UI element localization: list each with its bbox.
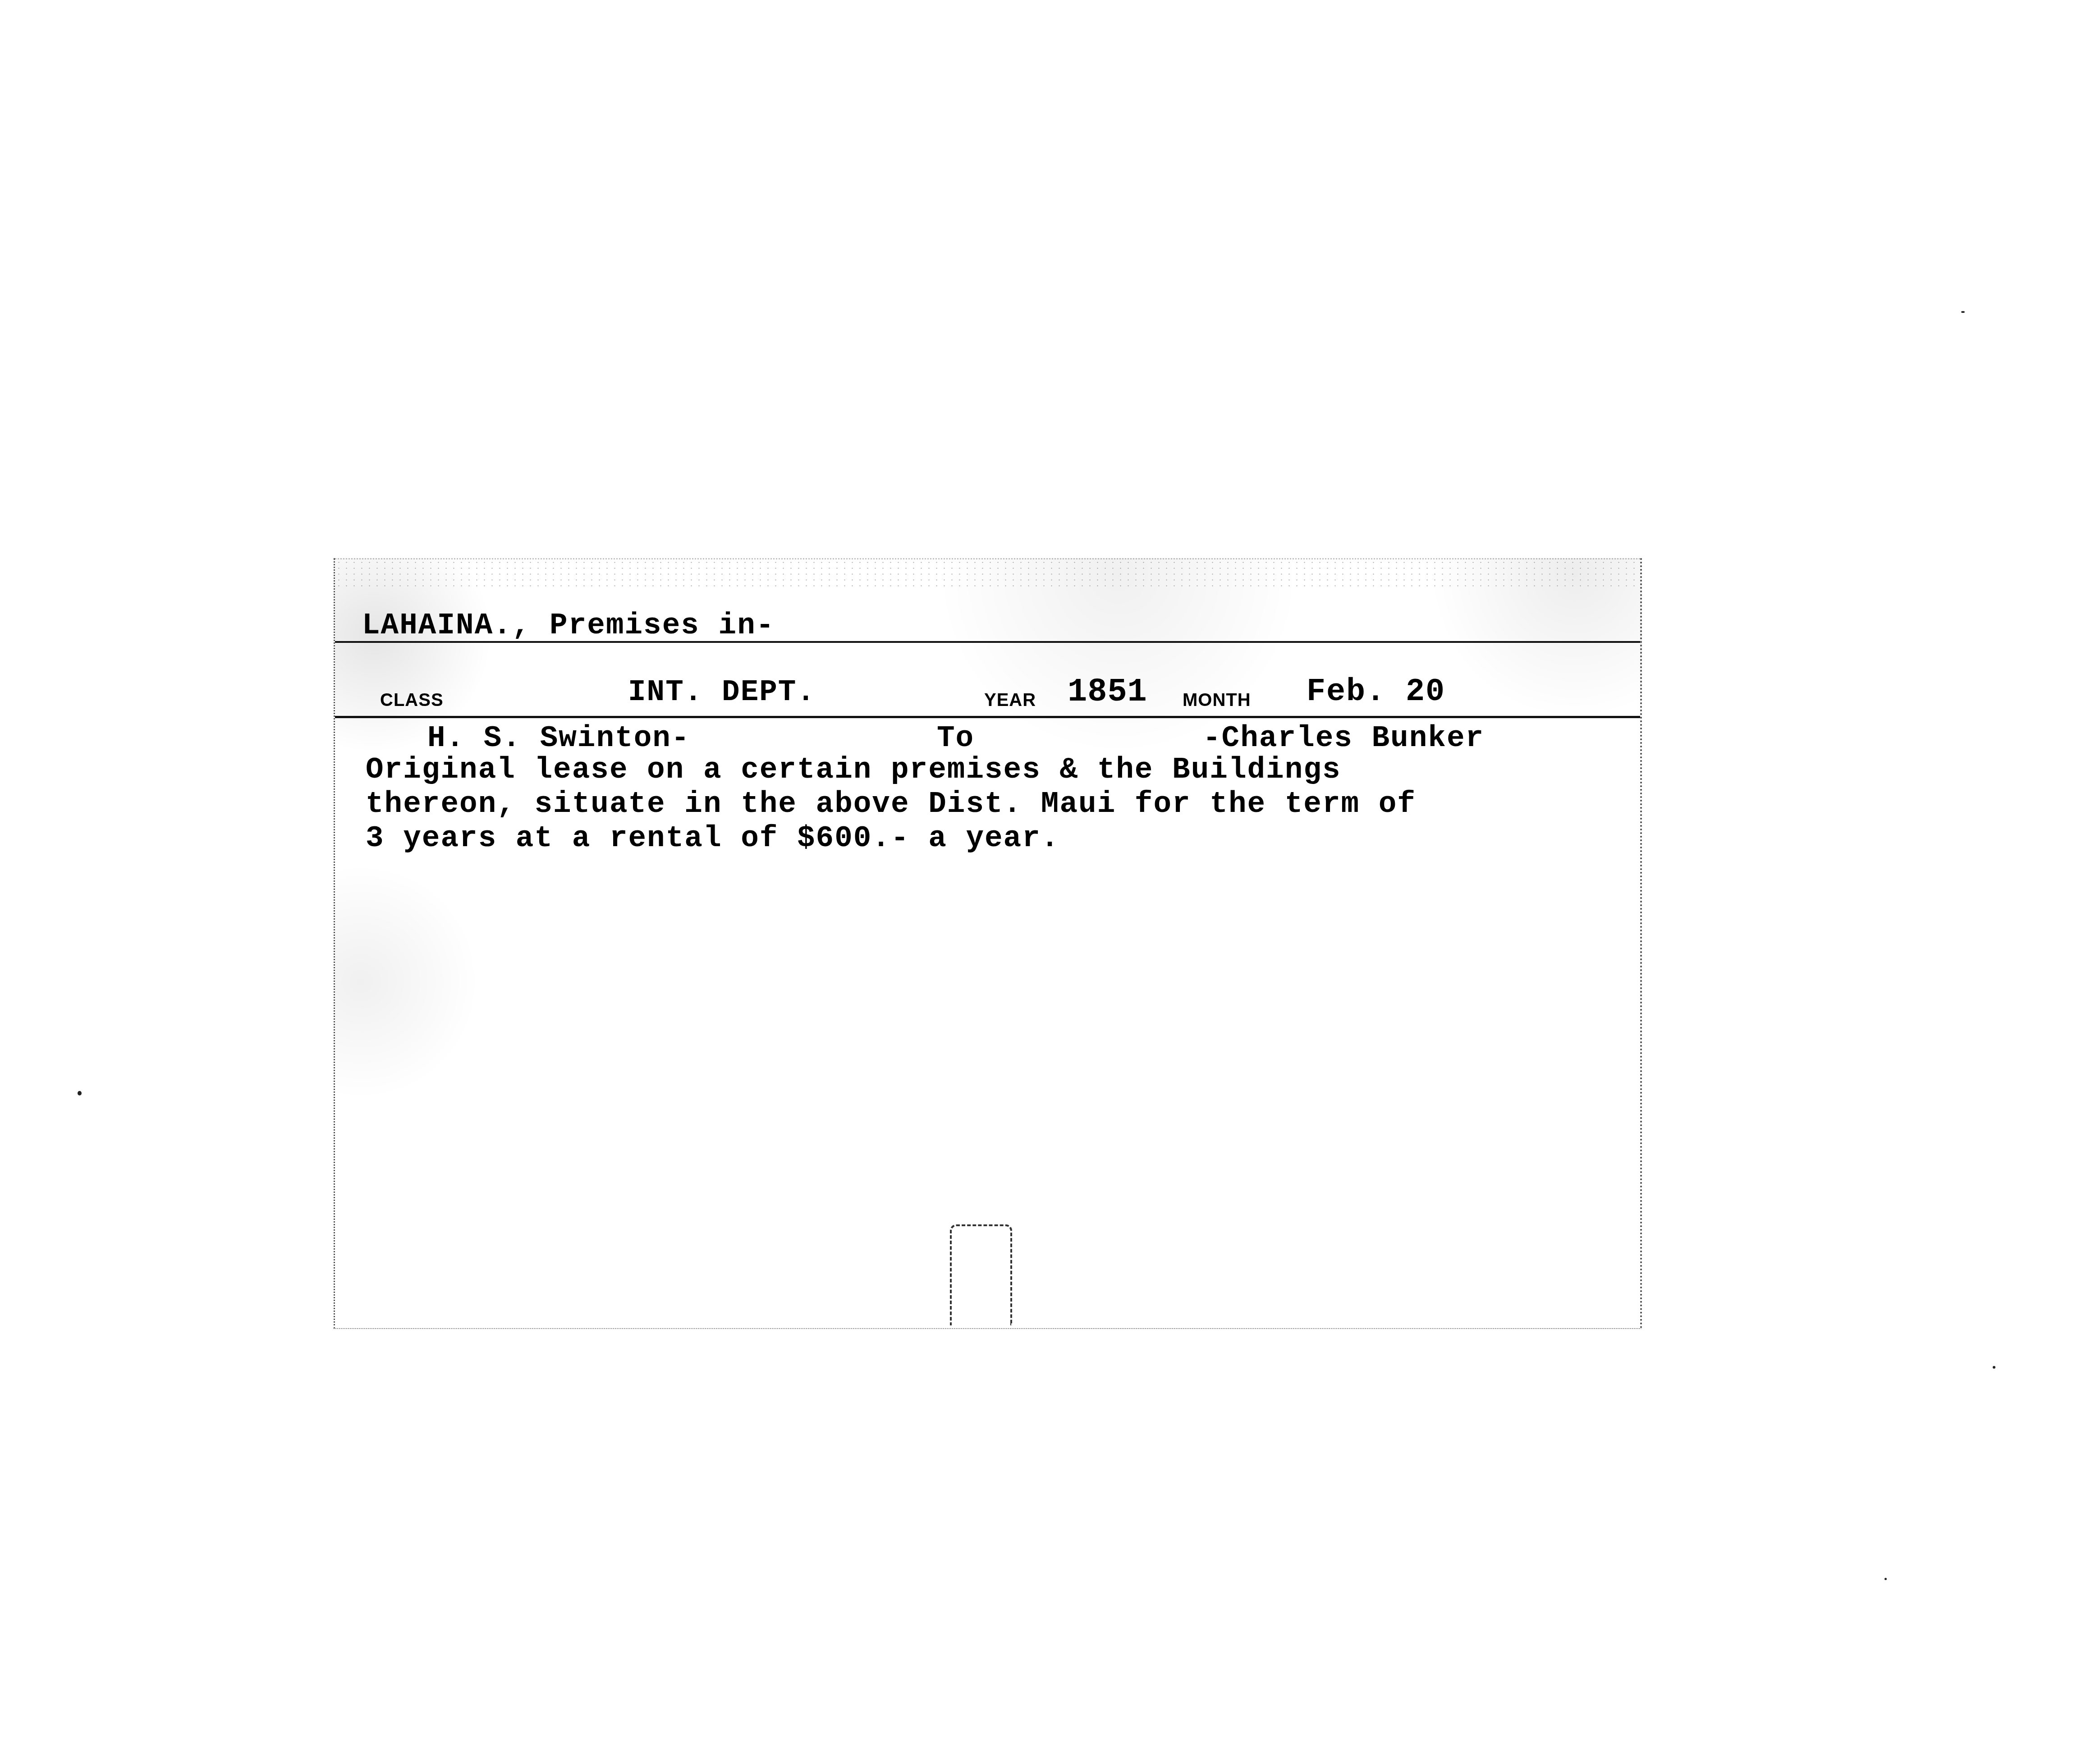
scan-speck — [78, 1091, 82, 1095]
body-line: Original lease on a certain premises & t… — [366, 753, 1416, 787]
card-heading: LAHAINA., Premises in- — [362, 609, 775, 642]
card-top-edge — [335, 558, 1640, 587]
class-label: CLASS — [380, 690, 444, 710]
scan-speck — [1884, 1578, 1887, 1580]
body-line: 3 years at a rental of $600.- a year. — [366, 821, 1416, 856]
index-card: LAHAINA., Premises in- CLASS INT. DEPT. … — [334, 558, 1642, 1329]
party-from: H. S. Swinton- — [427, 721, 690, 755]
card-file-notch — [950, 1224, 1012, 1325]
scan-speck — [1961, 311, 1965, 313]
month-value: Feb. 20 — [1307, 674, 1445, 710]
fields-rule — [335, 716, 1640, 718]
body-line: thereon, situate in the above Dist. Maui… — [366, 787, 1416, 821]
class-value: INT. DEPT. — [628, 675, 816, 709]
month-label: MONTH — [1183, 690, 1251, 710]
party-connector: To — [937, 721, 974, 755]
year-label: YEAR — [984, 690, 1036, 710]
heading-rule — [335, 641, 1640, 643]
card-body: Original lease on a certain premises & t… — [366, 753, 1416, 856]
scan-speck — [1993, 1366, 1995, 1369]
party-to: -Charles Bunker — [1203, 721, 1484, 755]
year-value: 1851 — [1068, 674, 1147, 710]
